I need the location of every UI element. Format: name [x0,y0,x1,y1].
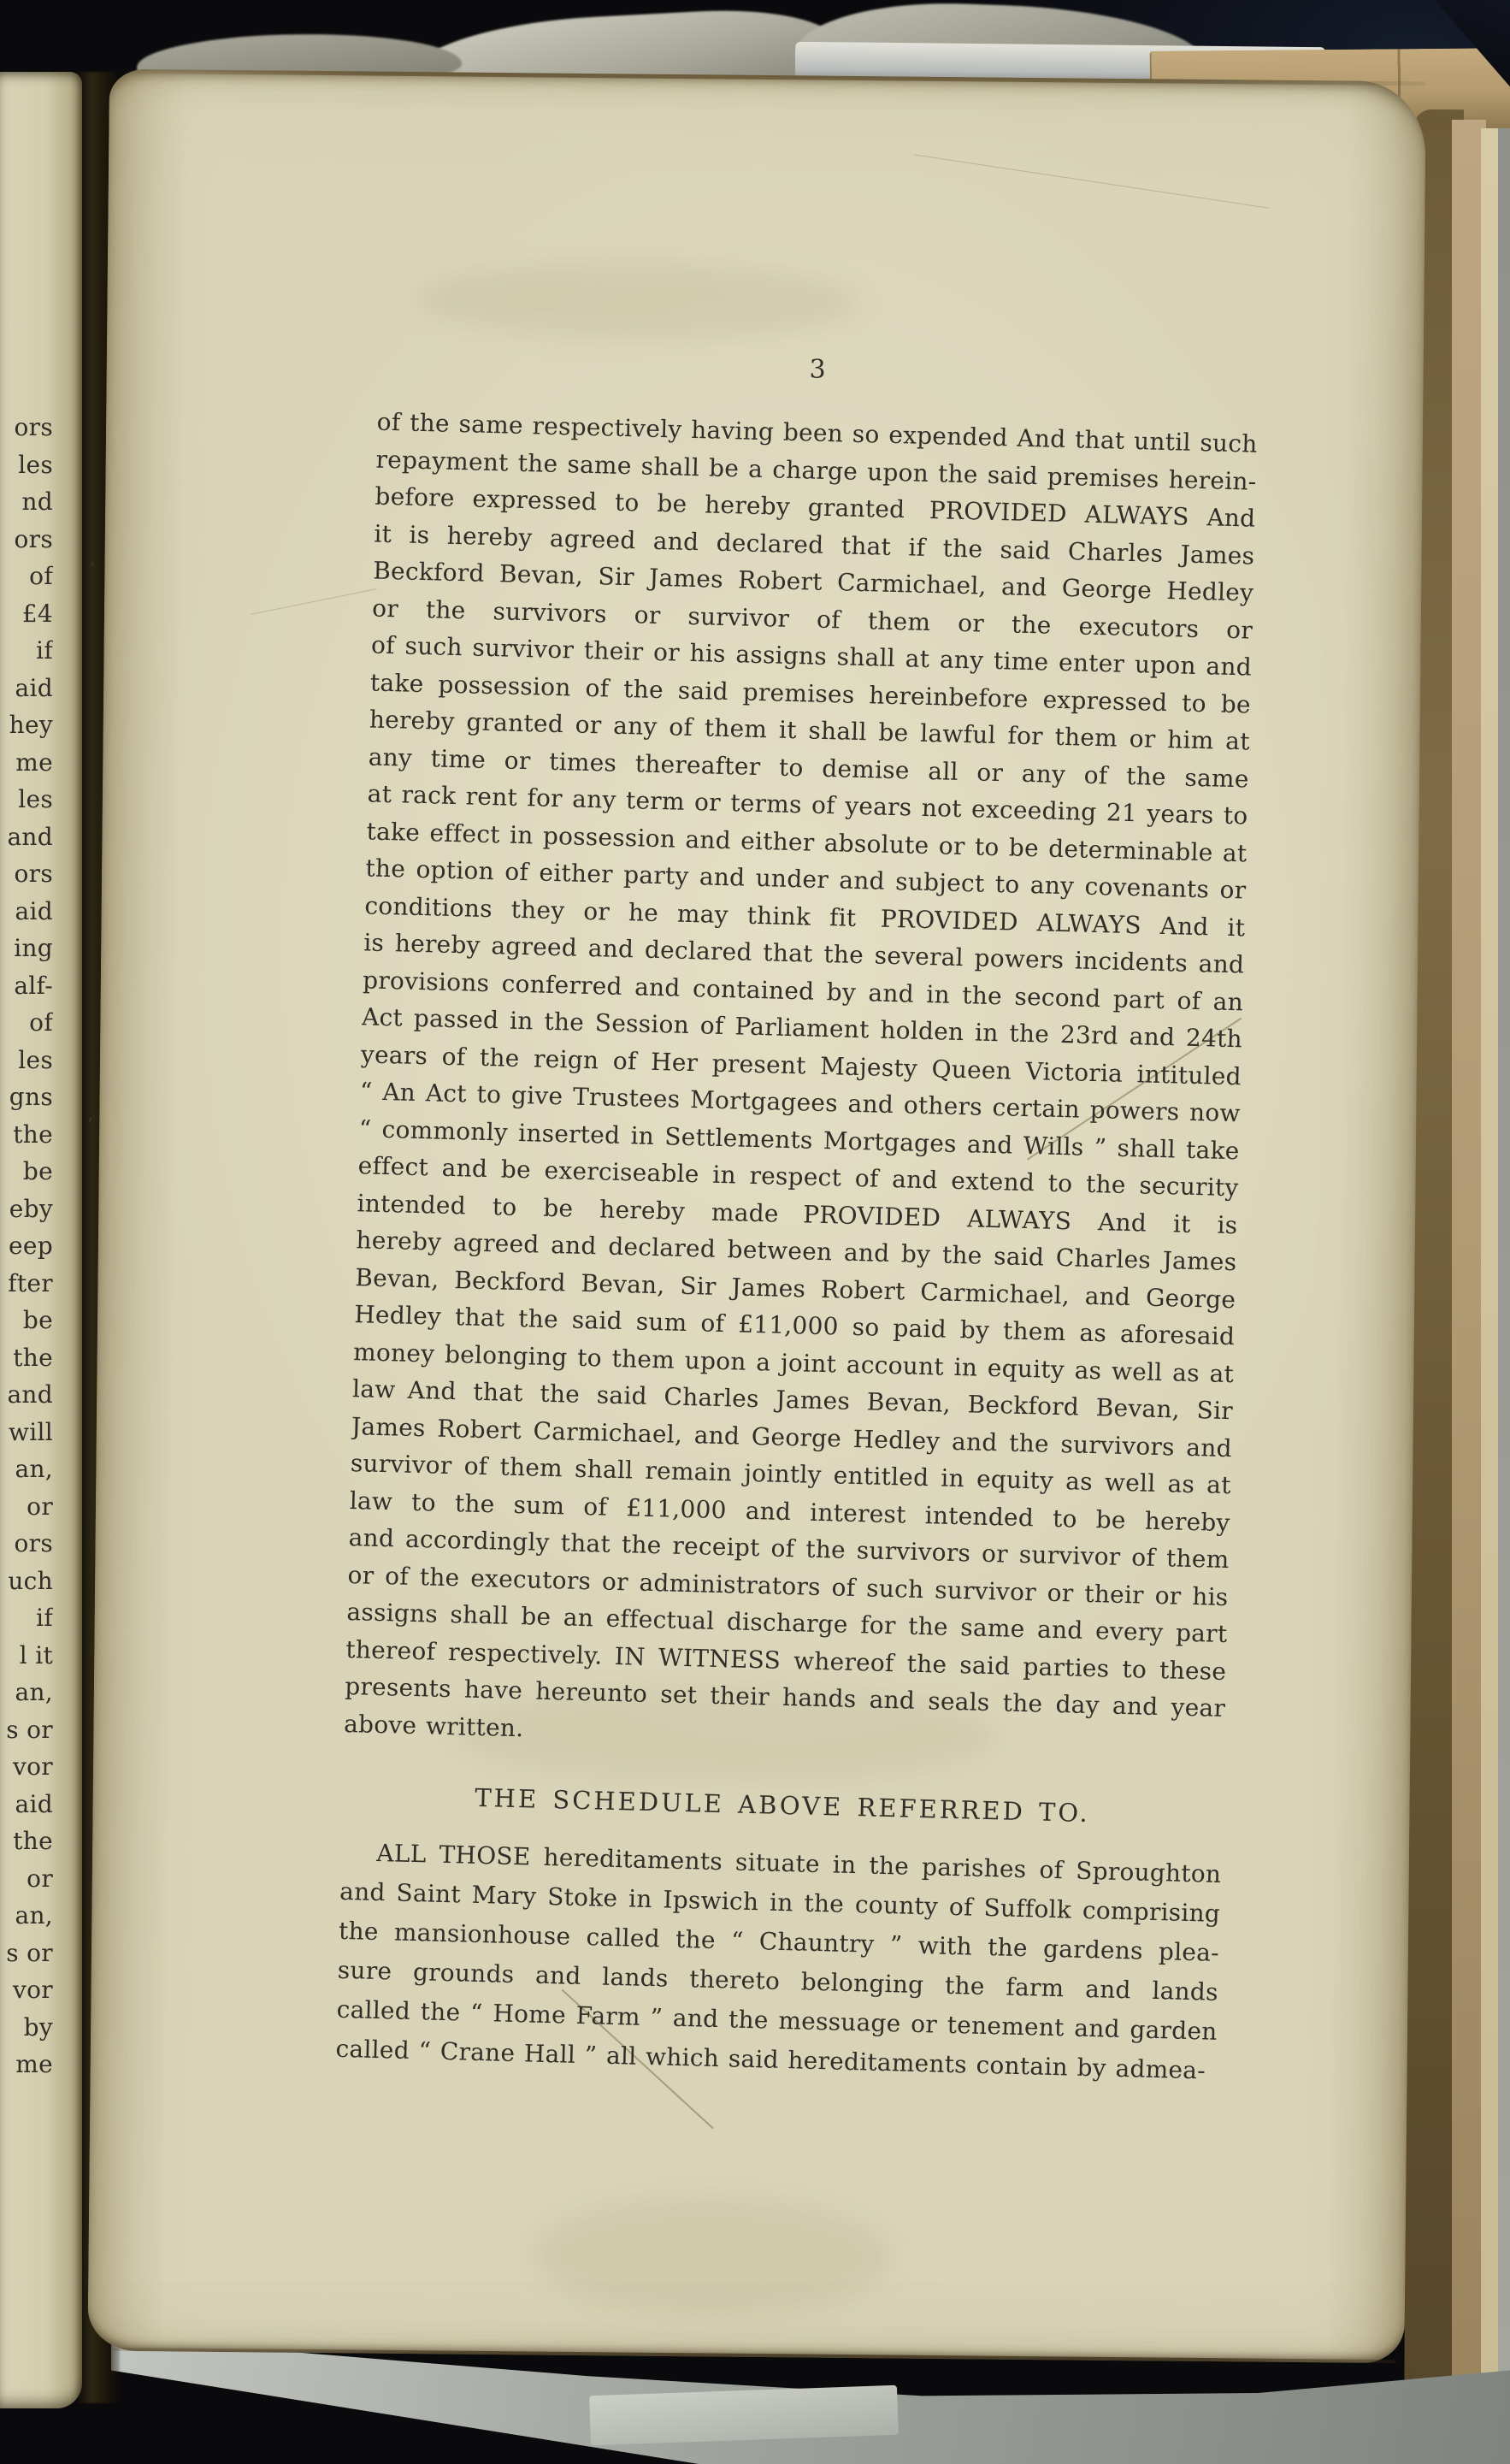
margin-fragment: the [0,1116,53,1154]
margin-fragment: eep [0,1227,53,1265]
page-edge-stack [1498,128,1510,2464]
margin-fragment: l it [0,1637,53,1675]
deed-paragraph: of the same respectively having been so … [344,404,1258,1764]
margin-fragment: aid [0,670,53,707]
margin-fragment: les [0,446,53,484]
margin-fragment: the [0,1823,53,1860]
margin-fragment: ors [0,1525,53,1563]
margin-fragment: by [0,2009,53,2047]
margin-fragment: and [0,818,53,856]
margin-fragment: or [0,1488,53,1526]
margin-fragment: s or [0,1935,53,1972]
facing-page-edge: orslesndorsof£4ifaidheymelesandorsaiding… [0,72,82,2408]
margin-fragment: fter [0,1265,53,1303]
margin-fragment: of [0,1004,53,1042]
margin-fragment: if [0,632,53,670]
margin-fragment: be [0,1302,53,1339]
margin-fragment: or [0,1860,53,1898]
margin-fragments: orslesndorsof£4ifaidheymelesandorsaiding… [0,72,82,2083]
margin-fragment: nd [0,483,53,521]
margin-fragment: gns [0,1078,53,1116]
ink-speck: , [87,1103,93,1125]
margin-fragment: ing [0,930,53,967]
margin-fragment: eby [0,1191,53,1228]
margin-fragment: the [0,1339,53,1377]
margin-fragment: aid [0,893,53,931]
page-number: 3 [378,351,1259,389]
ink-speck: , [89,547,95,569]
paper-stain [415,260,860,341]
document-page: , , 3 of the same respectively having be… [87,69,1426,2364]
margin-fragment: if [0,1599,53,1637]
paper-stain [533,2194,893,2317]
margin-fragment: an, [0,1674,53,1711]
margin-fragment: ors [0,855,53,893]
margin-fragment: ors [0,521,53,558]
margin-fragment: vor [0,1748,53,1786]
margin-fragment: be [0,1153,53,1191]
paper-scratch [914,154,1269,208]
margin-fragment: and [0,1376,53,1414]
margin-fragment: alf- [0,967,53,1005]
margin-fragment: aid [0,1786,53,1823]
body-text: of the same respectively having been so … [335,404,1258,2091]
margin-fragment: s or [0,1711,53,1749]
scanned-book-spread: { "colors": { "paper": "#d9d4b8", "ink":… [0,0,1510,2464]
margin-fragment: me [0,744,53,782]
margin-fragment: me [0,2046,53,2083]
schedule-paragraph: ALL THOSE hereditaments situate in the p… [335,1833,1222,2091]
margin-fragment: hey [0,706,53,744]
margin-fragment: an, [0,1897,53,1935]
margin-fragment: will [0,1414,53,1451]
schedule-heading: THE SCHEDULE ABOVE REFERRED TO. [342,1780,1224,1831]
margin-fragment: les [0,781,53,818]
margin-fragment: uch [0,1563,53,1600]
margin-fragment: les [0,1042,53,1079]
paper-scratch [251,588,376,615]
margin-fragment: vor [0,1971,53,2009]
margin-fragment: ors [0,409,53,446]
margin-fragment: of [0,558,53,595]
margin-fragment: an, [0,1451,53,1488]
margin-fragment: £4 [0,595,53,633]
